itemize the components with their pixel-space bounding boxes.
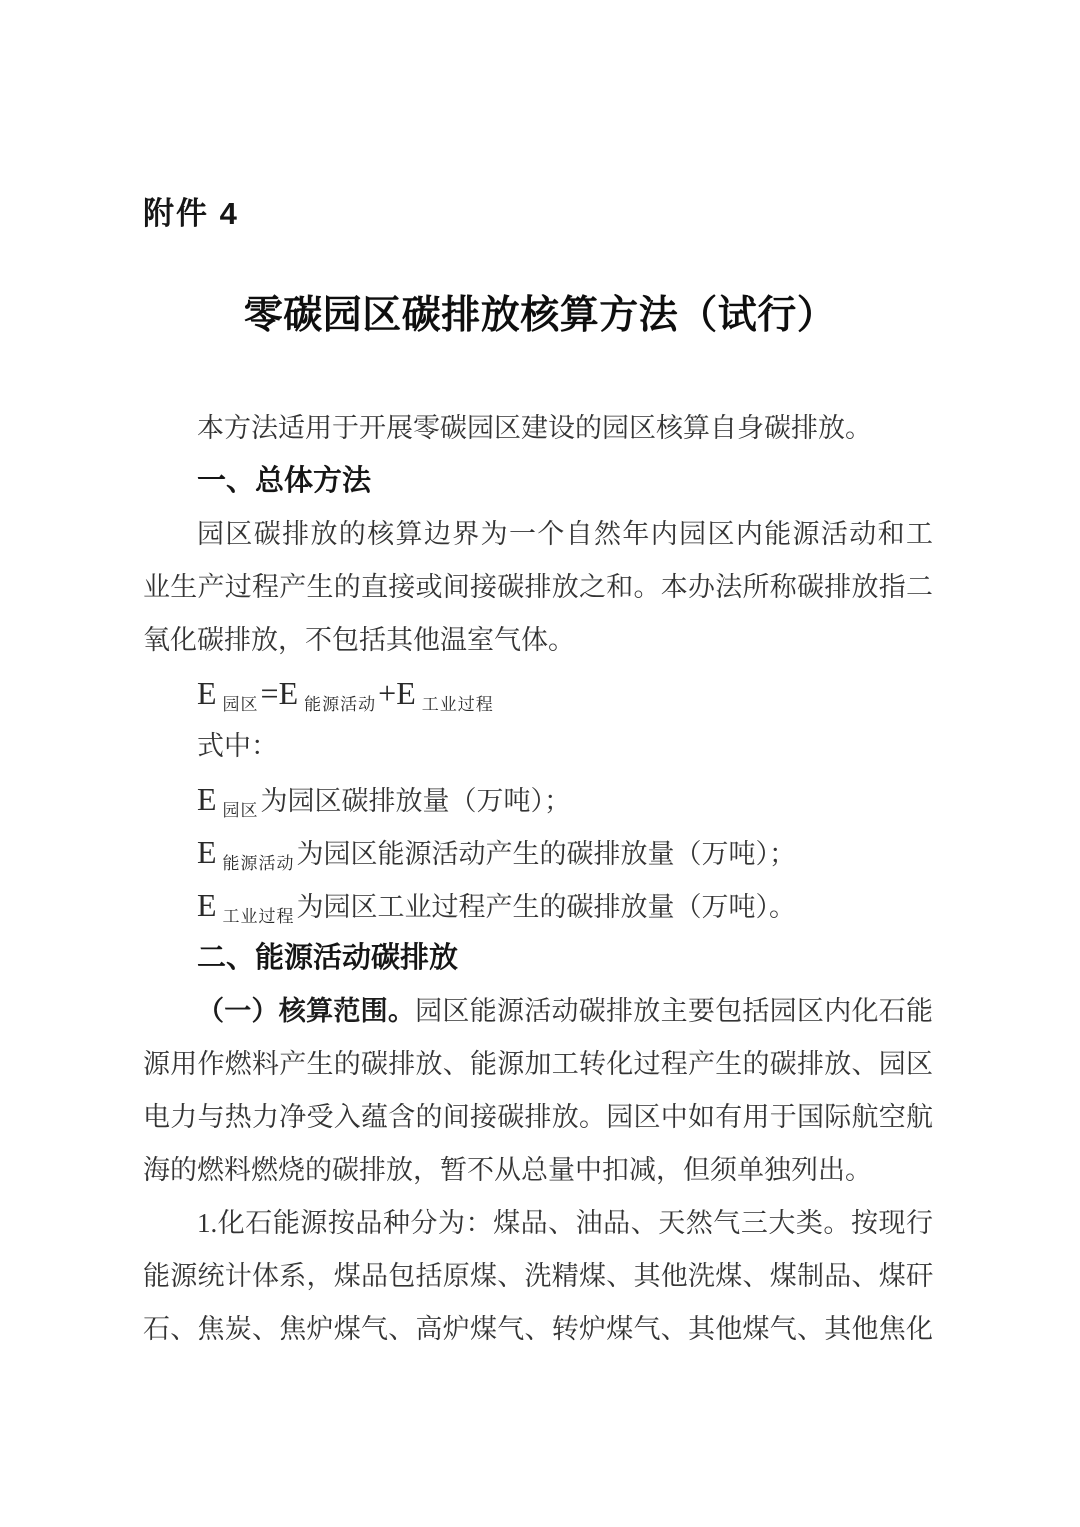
- document-page: 附件 4 零碳园区碳排放核算方法（试行） 本方法适用于开展零碳园区建设的园区核算…: [0, 0, 1080, 1527]
- definition-text: 为园区能源活动产生的碳排放量（万吨）；: [297, 839, 797, 869]
- section1-heading: 一、总体方法: [143, 455, 933, 508]
- body-line: 源用作燃料产生的碳排放、能源加工转化过程产生的碳排放、园区: [143, 1038, 933, 1091]
- formula-subscript: 工业过程: [223, 907, 295, 926]
- attachment-label: 附件 4: [143, 188, 239, 233]
- definition-text: 为园区碳排放量（万吨）；: [261, 786, 572, 816]
- definition-line: E园区为园区碳排放量（万吨）；: [143, 773, 933, 826]
- formula-symbol: +E: [378, 675, 416, 711]
- formula-subscript: 工业过程: [422, 695, 494, 714]
- section2-heading: 二、能源活动碳排放: [143, 932, 933, 985]
- body-line: 能源统计体系，煤品包括原煤、洗精煤、其他洗煤、煤制品、煤矸: [143, 1250, 933, 1303]
- formula-symbol: E: [197, 675, 217, 711]
- document-title: 零碳园区碳排放核算方法（试行）: [0, 284, 1080, 340]
- formula-symbol: =E: [261, 675, 299, 711]
- intro-paragraph: 本方法适用于开展零碳园区建设的园区核算自身碳排放。: [143, 402, 933, 455]
- body-line: 石、焦炭、焦炉煤气、高炉煤气、转炉煤气、其他煤气、其他焦化: [143, 1303, 933, 1356]
- formula-symbol: E: [197, 887, 217, 923]
- clause-first-line: （一）核算范围。园区能源活动碳排放主要包括园区内化石能: [143, 985, 933, 1038]
- body-line: 氧化碳排放，不包括其他温室气体。: [143, 614, 933, 667]
- body-line: 海的燃料燃烧的碳排放，暂不从总量中扣减，但须单独列出。: [143, 1144, 933, 1197]
- formula-subscript: 园区: [223, 695, 259, 714]
- formula-line: E园区=E能源活动+E工业过程: [143, 667, 933, 720]
- formula-symbol: E: [197, 781, 217, 817]
- definition-text: 为园区工业过程产生的碳排放量（万吨）。: [297, 892, 797, 922]
- where-label: 式中：: [143, 720, 933, 773]
- document-body: 本方法适用于开展零碳园区建设的园区核算自身碳排放。 一、总体方法 园区碳排放的核…: [143, 402, 933, 1356]
- clause-label: （一）核算范围。: [197, 996, 415, 1026]
- clause-text: 园区能源活动碳排放主要包括园区内化石能: [415, 996, 933, 1026]
- formula-symbol: E: [197, 834, 217, 870]
- formula-subscript: 园区: [223, 801, 259, 820]
- body-line: 1.化石能源按品种分为：煤品、油品、天然气三大类。按现行: [143, 1197, 933, 1250]
- formula-subscript: 能源活动: [223, 854, 295, 873]
- body-line: 业生产过程产生的直接或间接碳排放之和。本办法所称碳排放指二: [143, 561, 933, 614]
- formula-subscript: 能源活动: [304, 695, 376, 714]
- body-line: 电力与热力净受入蕴含的间接碳排放。园区中如有用于国际航空航: [143, 1091, 933, 1144]
- definition-line: E能源活动为园区能源活动产生的碳排放量（万吨）；: [143, 826, 933, 879]
- body-line: 园区碳排放的核算边界为一个自然年内园区内能源活动和工: [143, 508, 933, 561]
- definition-line: E工业过程为园区工业过程产生的碳排放量（万吨）。: [143, 879, 933, 932]
